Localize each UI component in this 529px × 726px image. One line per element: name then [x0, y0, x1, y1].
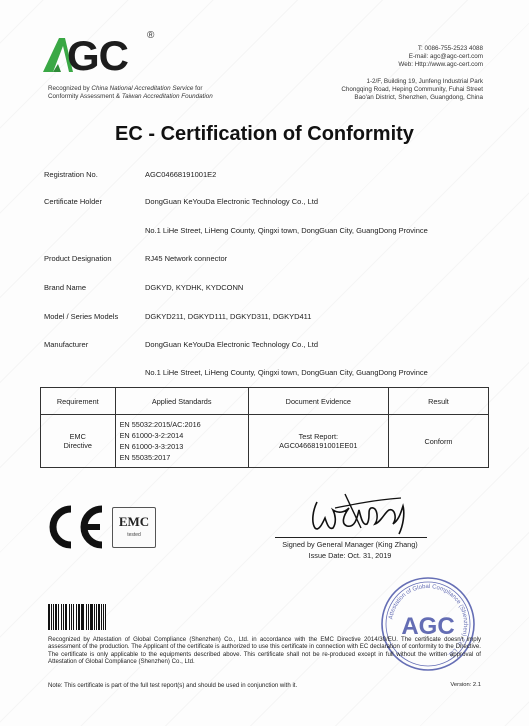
contact-info: T: 0086-755-2523 4088 E-mail: agc@agc-ce… [398, 45, 483, 69]
manufacturer-value: DongGuan KeYouDa Electronic Technology C… [145, 340, 318, 349]
models-value: DGKYD211, DGKYD111, DGKYD311, DGKYD411 [145, 312, 311, 321]
brand-name-label: Brand Name [44, 283, 86, 292]
certificate-holder-address: No.1 LiHe Street, LiHeng County, Qingxi … [145, 226, 428, 235]
header-result: Result [388, 388, 488, 415]
requirement-cell: EMC Directive [41, 415, 116, 468]
header-document-evidence: Document Evidence [248, 388, 388, 415]
product-designation-value: RJ45 Network connector [145, 254, 227, 263]
signature-line [275, 537, 427, 538]
company-address: 1-2/F, Building 19, Junfeng Industrial P… [341, 78, 483, 102]
certificate-page: GC ® Recognized by China National Accred… [0, 0, 529, 726]
certificate-holder-value: DongGuan KeYouDa Electronic Technology C… [145, 197, 318, 206]
signed-by: Signed by General Manager (King Zhang) [255, 540, 445, 549]
manufacturer-address: No.1 LiHe Street, LiHeng County, Qingxi … [145, 368, 428, 377]
header-applied-standards: Applied Standards [115, 388, 248, 415]
footer-note: Note: This certificate is part of the fu… [48, 682, 297, 689]
legal-footer: Recognized by Attestation of Global Comp… [48, 636, 481, 665]
table-header-row: Requirement Applied Standards Document E… [41, 388, 489, 415]
website: Web: Http://www.agc-cert.com [398, 61, 483, 69]
models-label: Model / Series Models [44, 312, 118, 321]
result-cell: Conform [388, 415, 488, 468]
logo-text: GC [67, 32, 128, 80]
manufacturer-label: Manufacturer [44, 340, 88, 349]
standards-table: Requirement Applied Standards Document E… [40, 387, 489, 468]
phone: T: 0086-755-2523 4088 [398, 45, 483, 53]
ce-mark-icon [44, 505, 106, 549]
evidence-cell: Test Report: AGC04668191001EE01 [248, 415, 388, 468]
header-requirement: Requirement [41, 388, 116, 415]
table-row: EMC Directive EN 55032:2015/AC:2016 EN 6… [41, 415, 489, 468]
version: Version: 2.1 [450, 682, 481, 688]
agc-logo: GC ® [43, 34, 163, 74]
signature-icon [305, 488, 415, 538]
certificate-holder-label: Certificate Holder [44, 197, 102, 206]
registered-mark: ® [147, 30, 154, 41]
standards-cell: EN 55032:2015/AC:2016 EN 61000-3-2:2014 … [115, 415, 248, 468]
email: E-mail: agc@agc-cert.com [398, 53, 483, 61]
brand-name-value: DGKYD, KYDHK, KYDCONN [145, 283, 243, 292]
document-title: EC - Certification of Conformity [0, 123, 529, 146]
issue-date: Issue Date: Oct. 31, 2019 [255, 551, 445, 560]
emc-tested-badge: EMC tested [112, 507, 156, 548]
accreditation-text: Recognized by China National Accreditati… [48, 85, 213, 101]
barcode [48, 604, 130, 630]
registration-no-value: AGC04668191001E2 [145, 170, 216, 179]
registration-no-label: Registration No. [44, 170, 98, 179]
product-designation-label: Product Designation [44, 254, 112, 263]
